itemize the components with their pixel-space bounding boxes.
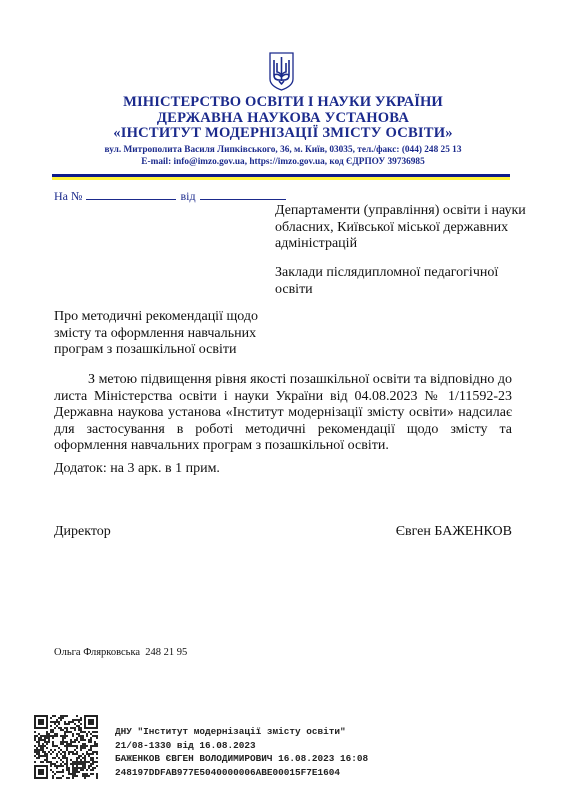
signatory-title: Директор [54,524,111,541]
executor-contact: Ольга Флярковська 248 21 95 [54,647,187,658]
electronic-signature-stamp: ДНУ "Інститут модернізації змісту освіти… [115,725,368,779]
ministry-name: МІНІСТЕРСТВО ОСВІТИ І НАУКИ УКРАЇНИ [0,94,566,111]
signatory-name: Євген БАЖЕНКОВ [395,524,512,541]
trident-coat-of-arms-icon [268,51,295,91]
attachment-note: Додаток: на 3 арк. в 1 прим. [54,461,220,478]
qr-code-icon [32,713,100,781]
reference-number-blank [86,189,176,200]
letter-subject: Про методичні рекомендації щодо змісту т… [54,309,274,359]
esig-signer: БАЖЕНКОВ ЄВГЕН ВОЛОДИМИРОВИЧ 16.08.2023 … [115,752,368,766]
reference-number-label: На № [54,189,82,203]
letter-body-paragraph: З метою підвищення рівня якості позашкіл… [54,372,512,455]
addressee-departments: Департаменти (управління) освіти і науки… [275,203,535,253]
esig-certificate-id: 248197DDFAB977E5040000006ABE00015F7E1604 [115,766,368,780]
institution-address: вул. Митрополита Василя Липківського, 36… [0,145,566,155]
institution-name: «ІНСТИТУТ МОДЕРНІЗАЦІЇ ЗМІСТУ ОСВІТИ» [0,125,566,142]
reference-line: На №від [54,189,286,204]
institution-contacts: E-mail: info@imzo.gov.ua, https://imzo.g… [0,157,566,167]
esig-registration: 21/08-1330 від 16.08.2023 [115,739,368,753]
addressee-postgraduate-institutions: Заклади післядипломної педагогічної осві… [275,265,535,298]
esig-organization: ДНУ "Інститут модернізації змісту освіти… [115,725,368,739]
reference-date-blank [200,189,286,200]
header-stripe-yellow [52,177,510,180]
reference-date-label: від [180,189,195,203]
